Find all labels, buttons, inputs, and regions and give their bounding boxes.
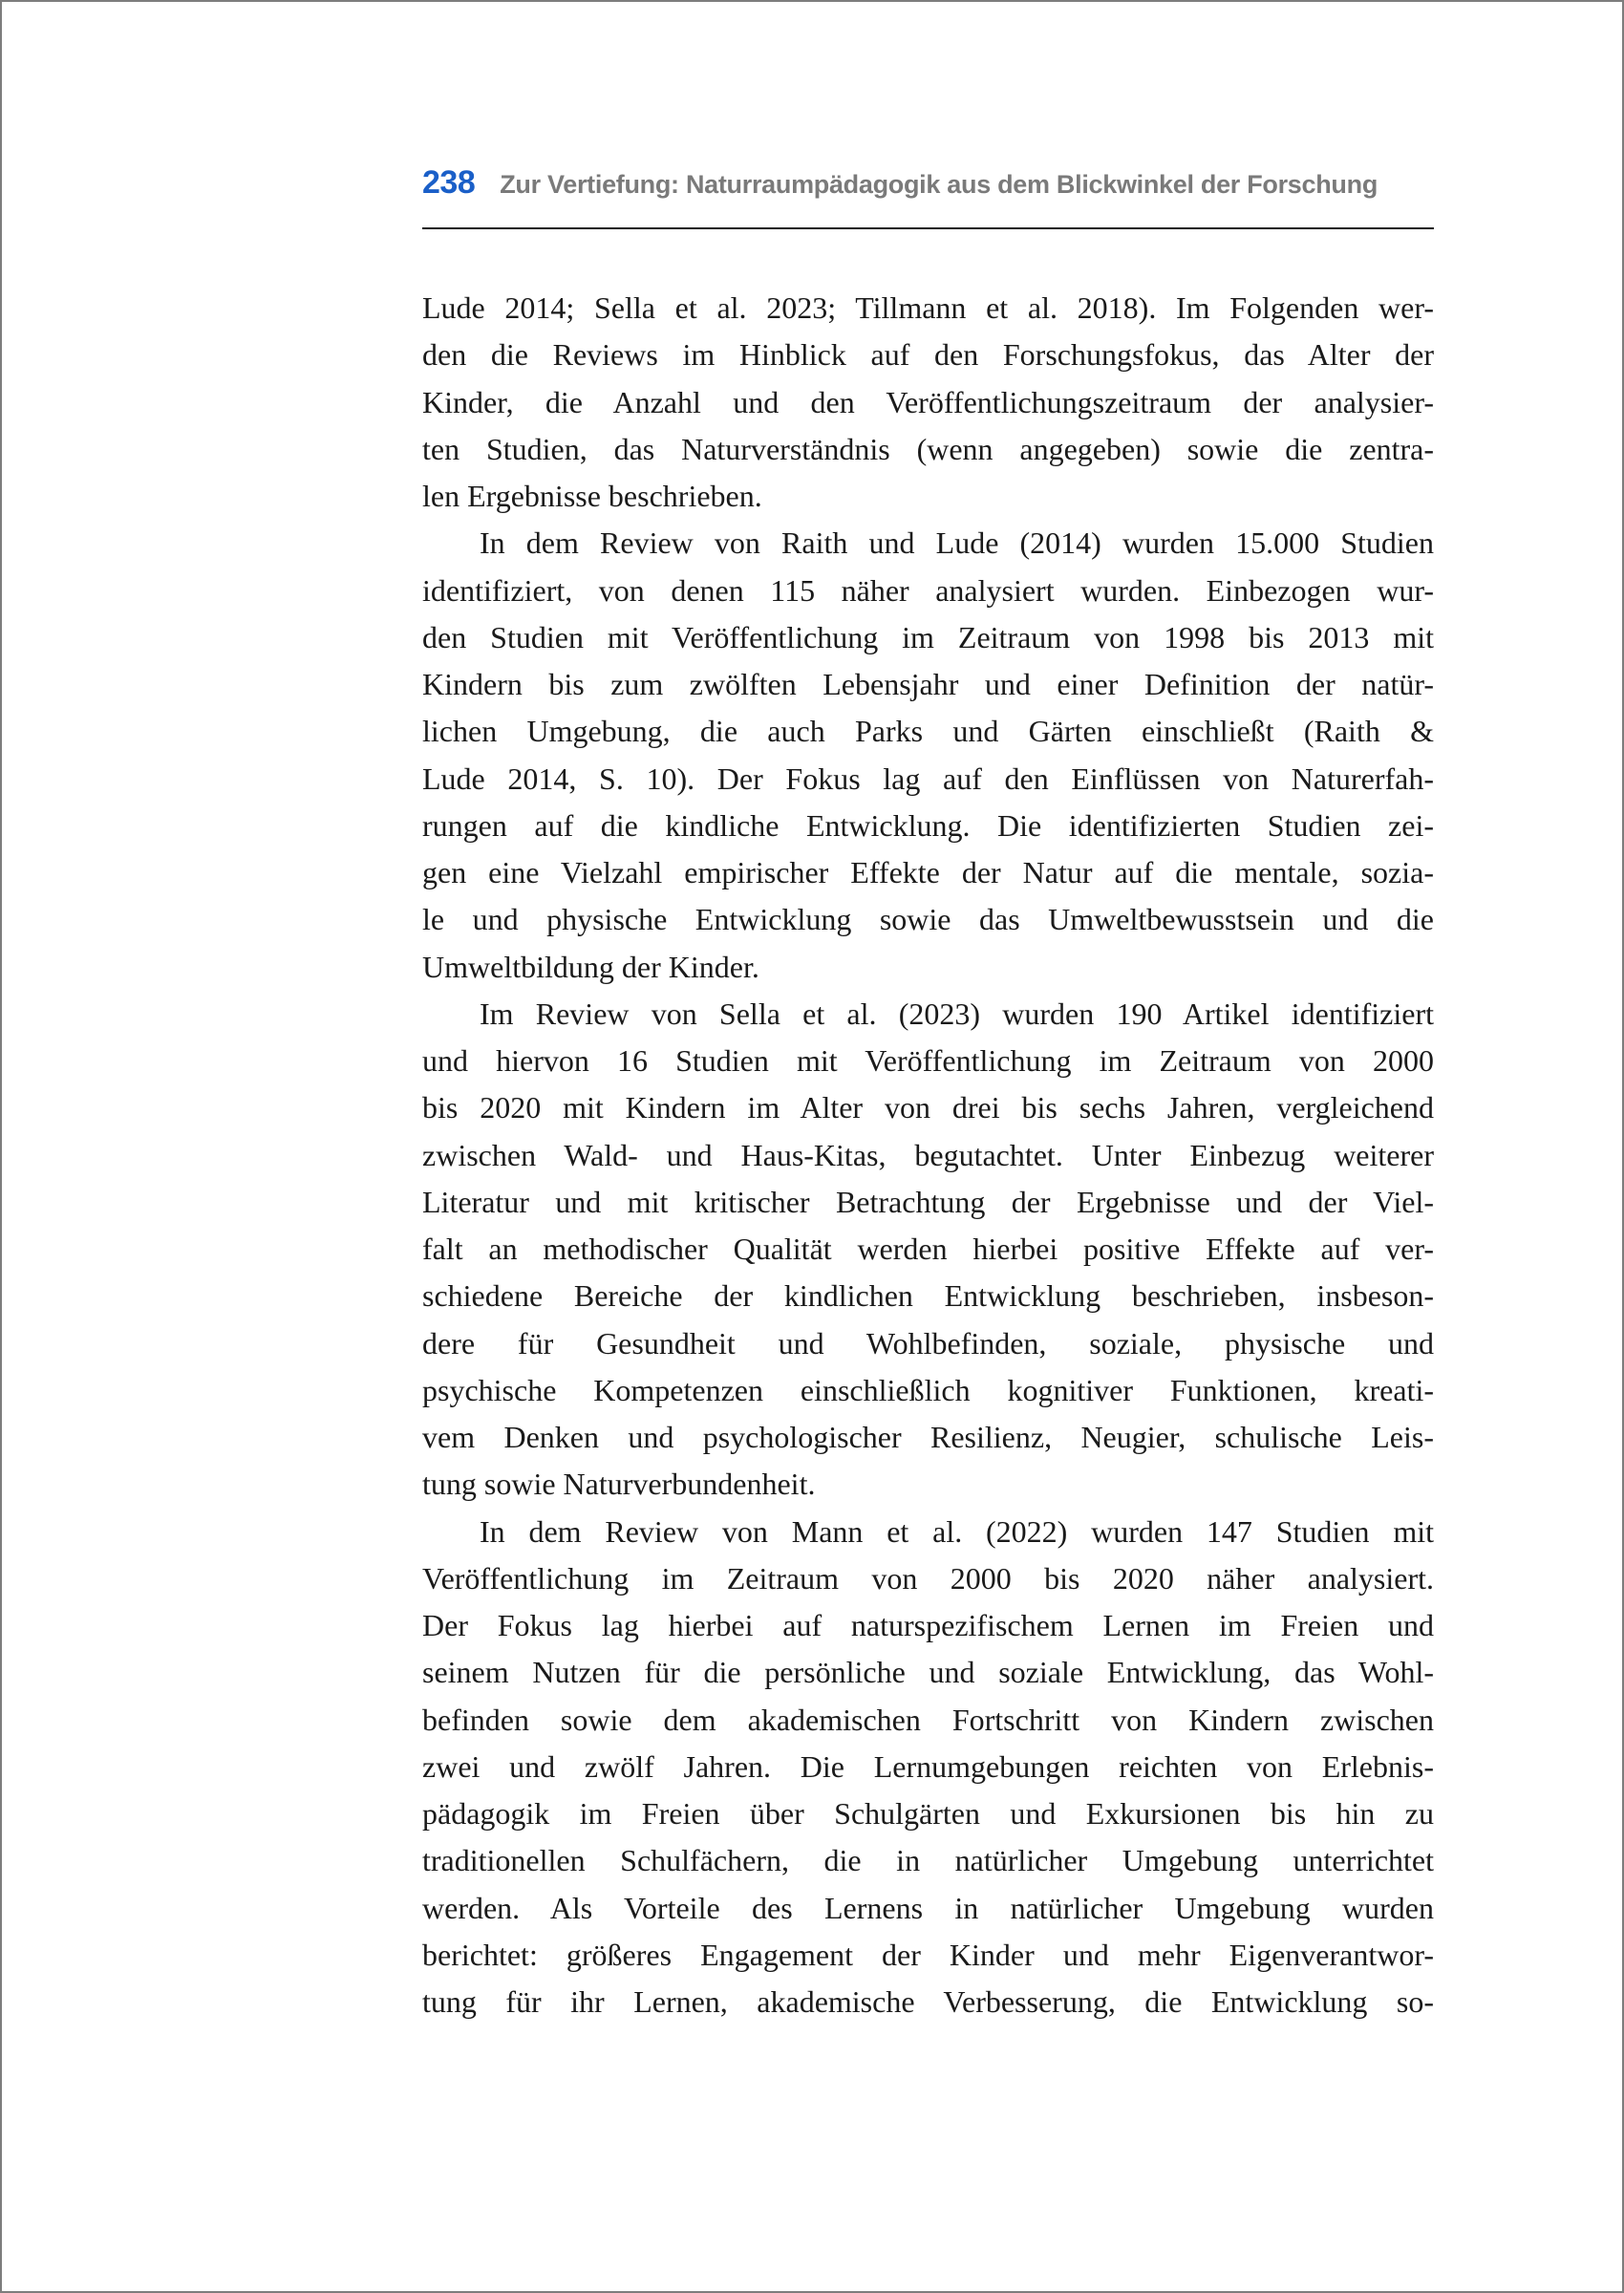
text-line: den die Reviews im Hinblick auf den Fors…: [422, 332, 1434, 378]
paragraph: In dem Review von Mann et al. (2022) wur…: [422, 1509, 1434, 2026]
text-line: identifiziert, von denen 115 näher analy…: [422, 568, 1434, 614]
text-line: schiedene Bereiche der kindlichen Entwic…: [422, 1273, 1434, 1319]
text-line: lichen Umgebung, die auch Parks und Gärt…: [422, 708, 1434, 755]
paragraph: Lude 2014; Sella et al. 2023; Tillmann e…: [422, 285, 1434, 520]
header-rule: [422, 227, 1434, 229]
text-line: Kindern bis zum zwölften Lebensjahr und …: [422, 661, 1434, 708]
text-line: In dem Review von Raith und Lude (2014) …: [422, 520, 1434, 567]
text-line: Kinder, die Anzahl und den Veröffentlich…: [422, 379, 1434, 426]
text-line: le und physische Entwicklung sowie das U…: [422, 896, 1434, 943]
text-line: seinem Nutzen für die persönliche und so…: [422, 1649, 1434, 1696]
text-line: tung für ihr Lernen, akademische Verbess…: [422, 1979, 1434, 2025]
book-page: 238 Zur Vertiefung: Naturraumpädagogik a…: [0, 0, 1624, 2293]
page-number: 238: [422, 164, 475, 202]
text-line: pädagogik im Freien über Schulgärten und…: [422, 1790, 1434, 1837]
running-title: Zur Vertiefung: Naturraumpädagogik aus d…: [500, 170, 1378, 200]
text-line: In dem Review von Mann et al. (2022) wur…: [422, 1509, 1434, 1555]
text-line: len Ergebnisse beschrieben.: [422, 473, 1434, 520]
text-line: ten Studien, das Naturverständnis (wenn …: [422, 426, 1434, 473]
body-text: Lude 2014; Sella et al. 2023; Tillmann e…: [422, 285, 1434, 2025]
paragraph: In dem Review von Raith und Lude (2014) …: [422, 520, 1434, 991]
text-line: Der Fokus lag hierbei auf naturspezifisc…: [422, 1602, 1434, 1649]
text-line: traditionellen Schulfächern, die in natü…: [422, 1837, 1434, 1884]
text-line: zwischen Wald- und Haus-Kitas, begutacht…: [422, 1132, 1434, 1179]
text-line: bis 2020 mit Kindern im Alter von drei b…: [422, 1084, 1434, 1131]
text-line: rungen auf die kindliche Entwicklung. Di…: [422, 803, 1434, 849]
text-line: werden. Als Vorteile des Lernens in natü…: [422, 1885, 1434, 1932]
text-line: Lude 2014; Sella et al. 2023; Tillmann e…: [422, 285, 1434, 332]
paragraph: Im Review von Sella et al. (2023) wurden…: [422, 991, 1434, 1509]
text-line: dere für Gesundheit und Wohlbefinden, so…: [422, 1320, 1434, 1367]
text-line: falt an methodischer Qualität werden hie…: [422, 1226, 1434, 1273]
text-line: tung sowie Naturverbundenheit.: [422, 1461, 1434, 1508]
text-line: gen eine Vielzahl empirischer Effekte de…: [422, 849, 1434, 896]
text-line: Umweltbildung der Kinder.: [422, 944, 1434, 991]
text-line: berichtet: größeres Engagement der Kinde…: [422, 1932, 1434, 1979]
running-header: 238 Zur Vertiefung: Naturraumpädagogik a…: [422, 164, 1434, 210]
text-line: Veröffentlichung im Zeitraum von 2000 bi…: [422, 1555, 1434, 1602]
text-line: vem Denken und psychologischer Resilienz…: [422, 1414, 1434, 1461]
text-line: und hiervon 16 Studien mit Veröffentlich…: [422, 1038, 1434, 1084]
text-line: zwei und zwölf Jahren. Die Lernumgebunge…: [422, 1744, 1434, 1790]
text-line: Literatur und mit kritischer Betrachtung…: [422, 1179, 1434, 1226]
text-line: befinden sowie dem akademischen Fortschr…: [422, 1697, 1434, 1744]
text-line: den Studien mit Veröffentlichung im Zeit…: [422, 614, 1434, 661]
text-line: Im Review von Sella et al. (2023) wurden…: [422, 991, 1434, 1038]
text-line: psychische Kompetenzen einschließlich ko…: [422, 1367, 1434, 1414]
text-line: Lude 2014, S. 10). Der Fokus lag auf den…: [422, 756, 1434, 803]
